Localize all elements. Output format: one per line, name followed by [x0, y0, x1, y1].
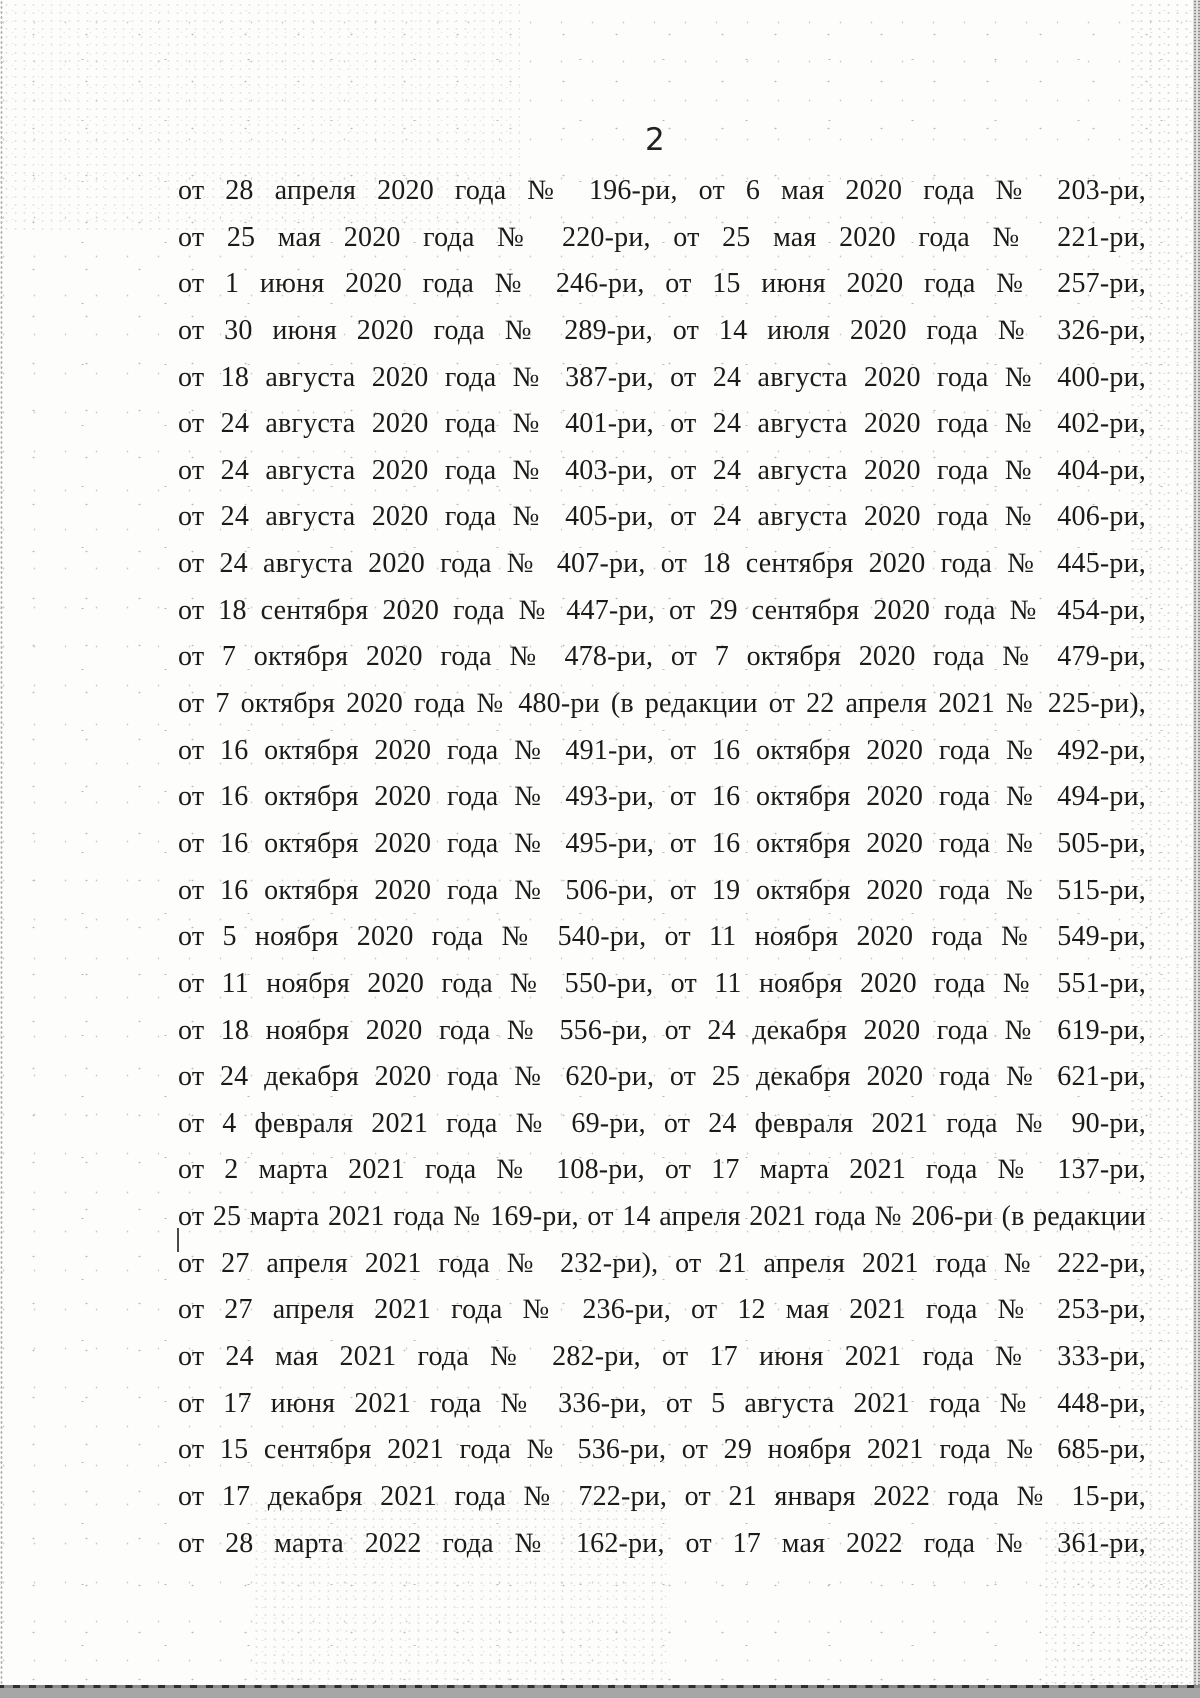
page-number: 2: [645, 122, 665, 158]
text-line: от 16 октября 2020 года № 495-ри, от 16 …: [178, 821, 1146, 868]
text-line: от 17 июня 2021 года № 336-ри, от 5 авгу…: [178, 1381, 1146, 1428]
text-line: от 1 июня 2020 года № 246-ри, от 15 июня…: [178, 261, 1146, 308]
text-line: от 28 апреля 2020 года № 196-ри, от 6 ма…: [178, 168, 1146, 215]
text-line: от 17 декабря 2021 года № 722-ри, от 21 …: [178, 1474, 1146, 1521]
text-line: от 24 августа 2020 года № 407-ри, от 18 …: [178, 541, 1146, 588]
text-line: от 24 августа 2020 года № 403-ри, от 24 …: [178, 448, 1146, 495]
scan-artifact-tick: [177, 1228, 179, 1252]
text-line: от 16 октября 2020 года № 506-ри, от 19 …: [178, 868, 1146, 915]
scan-edge-bottom: [0, 1685, 1200, 1698]
text-line: от 28 марта 2022 года № 162-ри, от 17 ма…: [178, 1521, 1146, 1568]
text-line: от 7 октября 2020 года № 478-ри, от 7 ок…: [178, 634, 1146, 681]
scan-edge-right: [1193, 0, 1200, 1698]
text-line: от 27 апреля 2021 года № 232-ри), от 21 …: [178, 1241, 1146, 1288]
text-line: от 25 марта 2021 года № 169-ри, от 14 ап…: [178, 1194, 1146, 1241]
text-line: от 16 октября 2020 года № 491-ри, от 16 …: [178, 728, 1146, 775]
document-body-text: от 28 апреля 2020 года № 196-ри, от 6 ма…: [178, 168, 1146, 1567]
text-line: от 16 октября 2020 года № 493-ри, от 16 …: [178, 774, 1146, 821]
text-line: от 27 апреля 2021 года № 236-ри, от 12 м…: [178, 1287, 1146, 1334]
text-line: от 25 мая 2020 года № 220-ри, от 25 мая …: [178, 215, 1146, 262]
text-line: от 30 июня 2020 года № 289-ри, от 14 июл…: [178, 308, 1146, 355]
text-line: от 7 октября 2020 года № 480-ри (в редак…: [178, 681, 1146, 728]
text-line: от 24 августа 2020 года № 405-ри, от 24 …: [178, 494, 1146, 541]
text-line: от 18 сентября 2020 года № 447-ри, от 29…: [178, 588, 1146, 635]
scanned-document-page: 2 от 28 апреля 2020 года № 196-ри, от 6 …: [0, 0, 1200, 1698]
text-line: от 24 декабря 2020 года № 620-ри, от 25 …: [178, 1054, 1146, 1101]
text-line: от 18 августа 2020 года № 387-ри, от 24 …: [178, 355, 1146, 402]
text-line: от 24 августа 2020 года № 401-ри, от 24 …: [178, 401, 1146, 448]
text-line: от 15 сентября 2021 года № 536-ри, от 29…: [178, 1427, 1146, 1474]
text-line: от 4 февраля 2021 года № 69-ри, от 24 фе…: [178, 1101, 1146, 1148]
text-line: от 5 ноября 2020 года № 540-ри, от 11 но…: [178, 914, 1146, 961]
text-line: от 18 ноября 2020 года № 556-ри, от 24 д…: [178, 1008, 1146, 1055]
text-line: от 24 мая 2021 года № 282-ри, от 17 июня…: [178, 1334, 1146, 1381]
scan-edge-left: [0, 0, 3, 1698]
text-line: от 2 марта 2021 года № 108-ри, от 17 мар…: [178, 1147, 1146, 1194]
text-line: от 11 ноября 2020 года № 550-ри, от 11 н…: [178, 961, 1146, 1008]
